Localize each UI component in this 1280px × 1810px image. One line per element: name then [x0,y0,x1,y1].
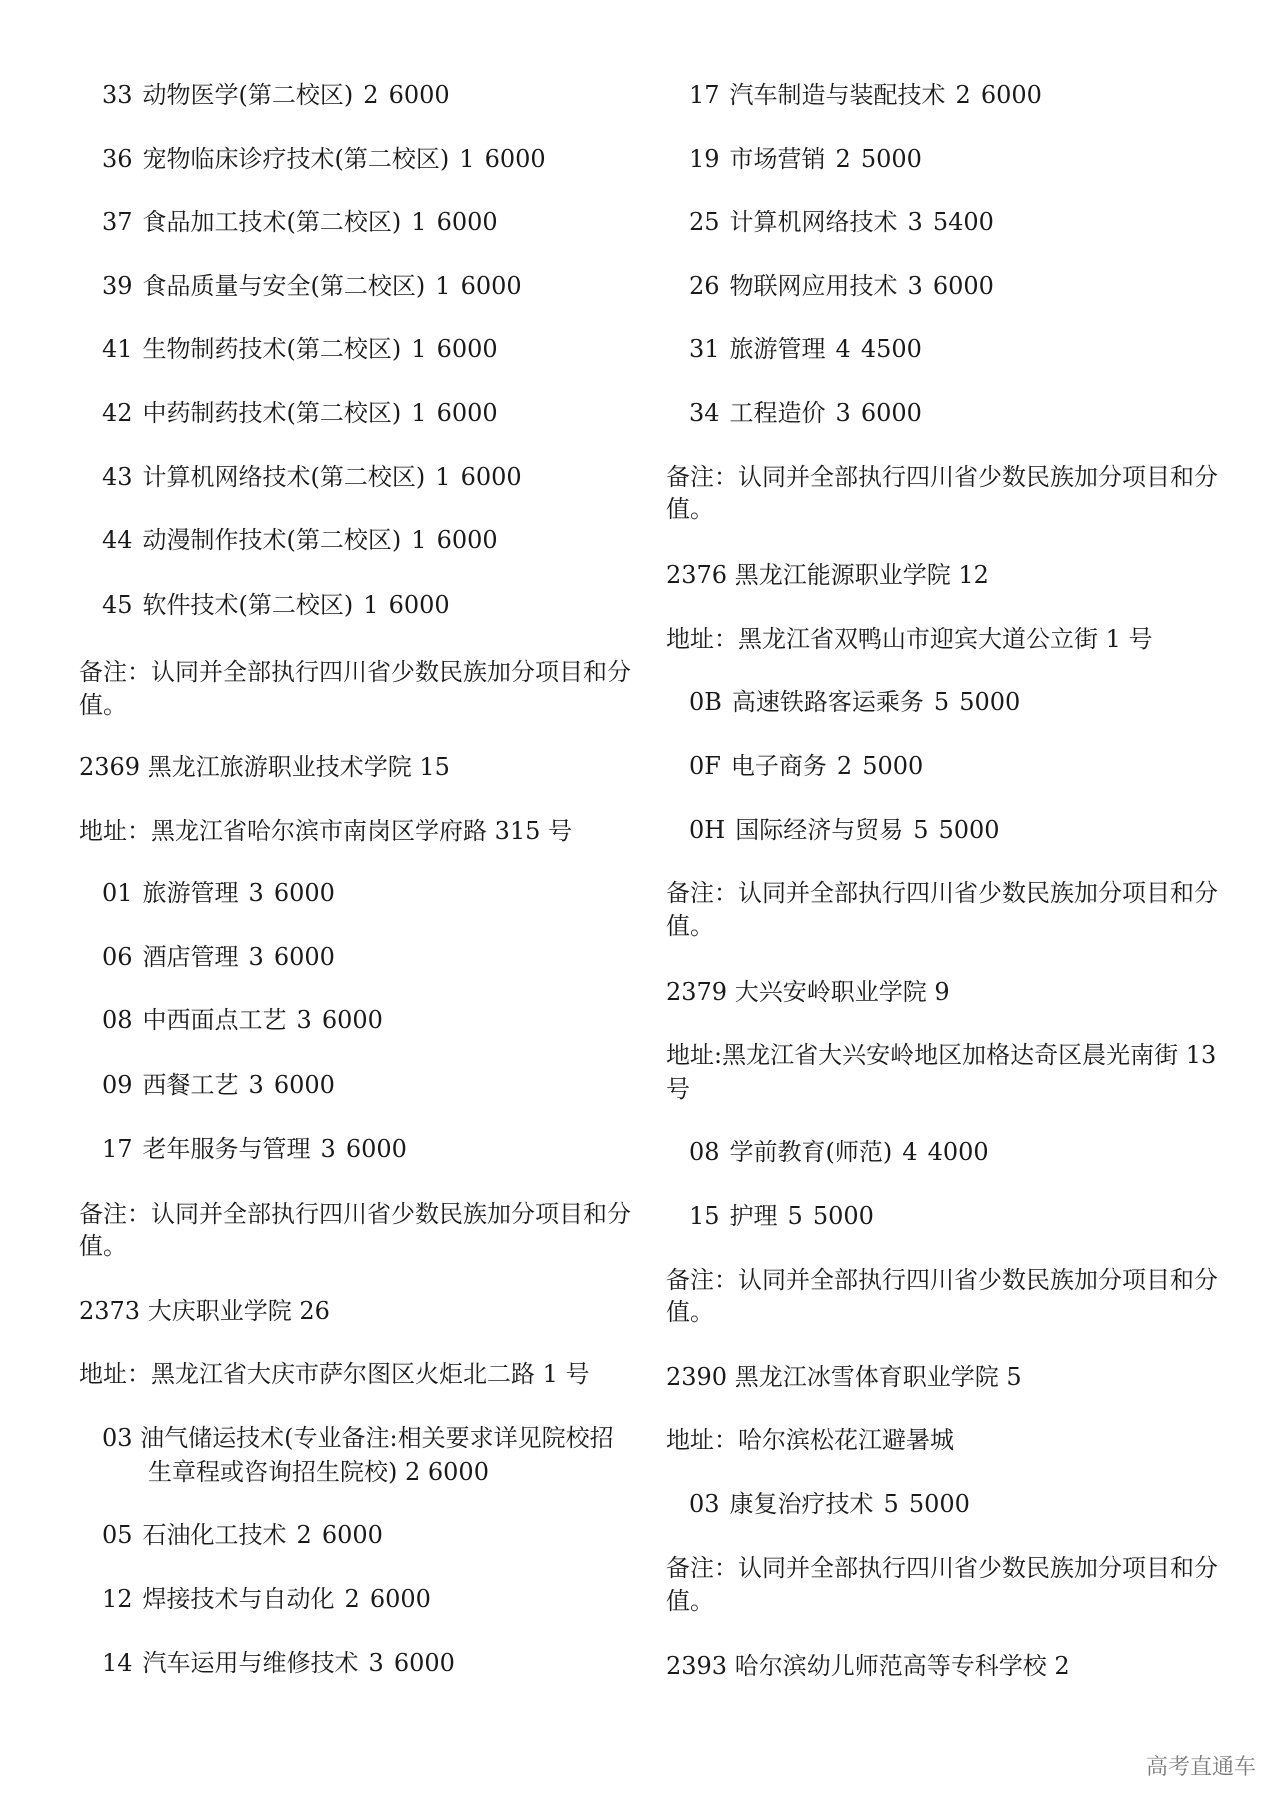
major-name: 焊接技术与自动化 [143,1585,335,1613]
major-row: 15护理55000 [689,1199,874,1233]
note-line: 备注：认同并全部执行四川省少数民族加分项目和分 [666,1551,1218,1585]
note-line: 值。 [666,909,714,943]
major-name: 生物制药技术(第二校区) [143,335,402,363]
major-code: 17 [102,1135,133,1163]
major-code: 36 [102,145,133,173]
major-row: 0H国际经济与贸易55000 [689,813,1000,847]
major-row: 42中药制药技术(第二校区)16000 [102,396,498,430]
major-code: 06 [102,943,133,971]
major-name: 学前教育(师范) [730,1138,893,1166]
major-fee: 6000 [346,1135,407,1163]
major-name: 动物医学(第二校区) [143,81,354,109]
major-row: 17老年服务与管理36000 [102,1132,407,1166]
major-row: 17汽车制造与装配技术26000 [689,78,1042,112]
major-name: 食品质量与安全(第二校区) [143,272,426,300]
major-code: 0H [689,816,725,844]
major-name: 汽车制造与装配技术 [730,81,946,109]
major-code: 08 [689,1138,720,1166]
major-plan: 3 [836,399,851,427]
major-name: 中药制药技术(第二校区) [143,399,402,427]
major-name: 电子商务 [731,752,827,780]
major-row: 12焊接技术与自动化26000 [102,1582,431,1616]
note-line: 备注：认同并全部执行四川省少数民族加分项目和分 [79,655,631,689]
major-name: 西餐工艺 [143,1071,239,1099]
school-header: 2376 黑龙江能源职业学院 12 [666,558,989,592]
school-header: 2393 哈尔滨幼儿师范高等专科学校 2 [666,1649,1070,1683]
major-plan: 1 [411,526,426,554]
major-row: 06酒店管理36000 [102,940,335,974]
major-name: 护理 [730,1202,778,1230]
major-code: 34 [689,399,720,427]
major-name: 动漫制作技术(第二校区) [143,526,402,554]
note-line: 备注：认同并全部执行四川省少数民族加分项目和分 [666,1263,1218,1297]
major-fee: 6000 [933,272,994,300]
major-name: 康复治疗技术 [730,1490,874,1518]
major-plan: 4 [836,335,851,363]
major-row-wrapped-line2: 生章程或咨询招生院校) 2 6000 [148,1455,489,1489]
school-address: 地址：黑龙江省哈尔滨市南岗区学府路 315 号 [79,814,572,848]
major-plan: 1 [411,399,426,427]
major-code: 03 [689,1490,720,1518]
major-name: 宠物临床诊疗技术(第二校区) [143,145,450,173]
major-plan: 3 [249,943,264,971]
major-plan: 5 [788,1202,803,1230]
school-header: 2373 大庆职业学院 26 [79,1294,330,1328]
major-code: 17 [689,81,720,109]
major-fee: 6000 [322,1006,383,1034]
right-column: 17汽车制造与装配技术26000 19市场营销25000 25计算机网络技术35… [666,0,1226,1810]
major-name: 计算机网络技术(第二校区) [143,463,426,491]
major-code: 01 [102,879,133,907]
major-row: 26物联网应用技术36000 [689,269,994,303]
major-row: 41生物制药技术(第二校区)16000 [102,332,498,366]
major-fee: 5400 [933,208,994,236]
major-code: 42 [102,399,133,427]
major-plan: 1 [411,335,426,363]
major-fee: 6000 [322,1521,383,1549]
major-plan: 2 [345,1585,360,1613]
major-plan: 1 [435,272,450,300]
major-name: 食品加工技术(第二校区) [143,208,402,236]
major-fee: 6000 [437,526,498,554]
major-name: 酒店管理 [143,943,239,971]
major-plan: 2 [297,1521,312,1549]
major-name: 计算机网络技术 [730,208,898,236]
major-code: 25 [689,208,720,236]
major-plan: 1 [459,145,474,173]
major-fee: 6000 [861,399,922,427]
major-name: 软件技术(第二校区) [143,591,354,619]
major-row: 34工程造价36000 [689,396,922,430]
major-code: 31 [689,335,720,363]
left-column: 33动物医学(第二校区)26000 36宠物临床诊疗技术(第二校区)16000 … [79,0,639,1810]
major-fee: 5000 [861,145,922,173]
major-fee: 6000 [394,1649,455,1677]
major-fee: 5000 [909,1490,970,1518]
major-name: 旅游管理 [143,879,239,907]
note-line: 备注：认同并全部执行四川省少数民族加分项目和分 [79,1197,631,1231]
note-line: 备注：认同并全部执行四川省少数民族加分项目和分 [666,460,1218,494]
major-code: 41 [102,335,133,363]
major-code: 14 [102,1649,133,1677]
school-address-cont: 号 [666,1072,690,1106]
major-name: 汽车运用与维修技术 [143,1649,359,1677]
major-code: 0B [689,688,722,716]
major-code: 08 [102,1006,133,1034]
major-plan: 3 [908,208,923,236]
major-row: 08中西面点工艺36000 [102,1003,383,1037]
note-line: 值。 [79,1229,127,1263]
major-row: 43计算机网络技术(第二校区)16000 [102,460,522,494]
major-fee: 6000 [274,943,335,971]
major-row: 01旅游管理36000 [102,876,335,910]
major-plan: 2 [837,752,852,780]
major-code: 05 [102,1521,133,1549]
major-plan: 5 [913,816,928,844]
major-row-wrapped-line1: 03 油气储运技术(专业备注:相关要求详见院校招 [102,1421,614,1455]
major-fee: 6000 [437,208,498,236]
major-code: 0F [689,752,721,780]
major-plan: 2 [363,81,378,109]
major-code: 44 [102,526,133,554]
major-row: 31旅游管理44500 [689,332,922,366]
major-row: 36宠物临床诊疗技术(第二校区)16000 [102,142,546,176]
note-line: 值。 [79,688,127,722]
major-fee: 6000 [437,335,498,363]
major-plan: 5 [884,1490,899,1518]
major-code: 43 [102,463,133,491]
major-plan: 3 [369,1649,384,1677]
school-header: 2379 大兴安岭职业学院 9 [666,975,950,1009]
major-code: 33 [102,81,133,109]
major-fee: 5000 [938,816,999,844]
major-row: 44动漫制作技术(第二校区)16000 [102,523,498,557]
major-plan: 3 [908,272,923,300]
major-fee: 5000 [959,688,1020,716]
major-fee: 4500 [861,335,922,363]
major-row: 19市场营销25000 [689,142,922,176]
watermark: 高考直通车 [1146,1752,1256,1784]
major-fee: 6000 [389,591,450,619]
major-plan: 3 [249,1071,264,1099]
major-code: 37 [102,208,133,236]
school-address: 地址：黑龙江省大庆市萨尔图区火炬北二路 1 号 [79,1357,590,1391]
major-fee: 6000 [274,1071,335,1099]
major-row: 39食品质量与安全(第二校区)16000 [102,269,522,303]
school-address: 地址：黑龙江省双鸭山市迎宾大道公立街 1 号 [666,622,1153,656]
major-plan: 2 [956,81,971,109]
major-fee: 6000 [461,272,522,300]
major-name: 老年服务与管理 [143,1135,311,1163]
note-line: 值。 [666,1584,714,1618]
major-name: 中西面点工艺 [143,1006,287,1034]
major-row: 03康复治疗技术55000 [689,1487,970,1521]
major-row: 25计算机网络技术35400 [689,205,994,239]
note-line: 值。 [666,1295,714,1329]
major-code: 15 [689,1202,720,1230]
major-row: 14汽车运用与维修技术36000 [102,1646,455,1680]
major-code: 12 [102,1585,133,1613]
major-fee: 6000 [485,145,546,173]
major-name: 工程造价 [730,399,826,427]
major-name: 旅游管理 [730,335,826,363]
major-fee: 6000 [274,879,335,907]
major-name: 物联网应用技术 [730,272,898,300]
major-row: 0B高速铁路客运乘务55000 [689,685,1020,719]
major-plan: 3 [321,1135,336,1163]
major-row: 45软件技术(第二校区)16000 [102,588,450,622]
note-line: 备注：认同并全部执行四川省少数民族加分项目和分 [666,876,1218,910]
school-header: 2369 黑龙江旅游职业技术学院 15 [79,750,450,784]
major-code: 19 [689,145,720,173]
major-fee: 6000 [389,81,450,109]
major-fee: 5000 [813,1202,874,1230]
major-plan: 3 [297,1006,312,1034]
major-row: 09西餐工艺36000 [102,1068,335,1102]
major-row: 08学前教育(师范)44000 [689,1135,989,1169]
major-plan: 3 [249,879,264,907]
major-name: 石油化工技术 [143,1521,287,1549]
major-row: 0F电子商务25000 [689,749,923,783]
major-plan: 4 [902,1138,917,1166]
major-plan: 1 [411,208,426,236]
major-row: 33动物医学(第二校区)26000 [102,78,450,112]
major-fee: 6000 [981,81,1042,109]
major-plan: 1 [363,591,378,619]
major-code: 09 [102,1071,133,1099]
school-header: 2390 黑龙江冰雪体育职业学院 5 [666,1360,1022,1394]
major-code: 39 [102,272,133,300]
major-fee: 6000 [461,463,522,491]
major-name: 国际经济与贸易 [735,816,903,844]
major-name: 高速铁路客运乘务 [732,688,924,716]
major-name: 市场营销 [730,145,826,173]
major-fee: 4000 [928,1138,989,1166]
school-address: 地址:黑龙江省大兴安岭地区加格达奇区晨光南街 13 [666,1038,1216,1072]
major-fee: 6000 [437,399,498,427]
major-row: 37食品加工技术(第二校区)16000 [102,205,498,239]
major-row: 05石油化工技术26000 [102,1518,383,1552]
major-plan: 5 [934,688,949,716]
note-line: 值。 [666,492,714,526]
major-plan: 1 [435,463,450,491]
school-address: 地址：哈尔滨松花江避暑城 [666,1423,954,1457]
major-code: 45 [102,591,133,619]
major-fee: 5000 [862,752,923,780]
major-fee: 6000 [370,1585,431,1613]
major-code: 26 [689,272,720,300]
major-plan: 2 [836,145,851,173]
